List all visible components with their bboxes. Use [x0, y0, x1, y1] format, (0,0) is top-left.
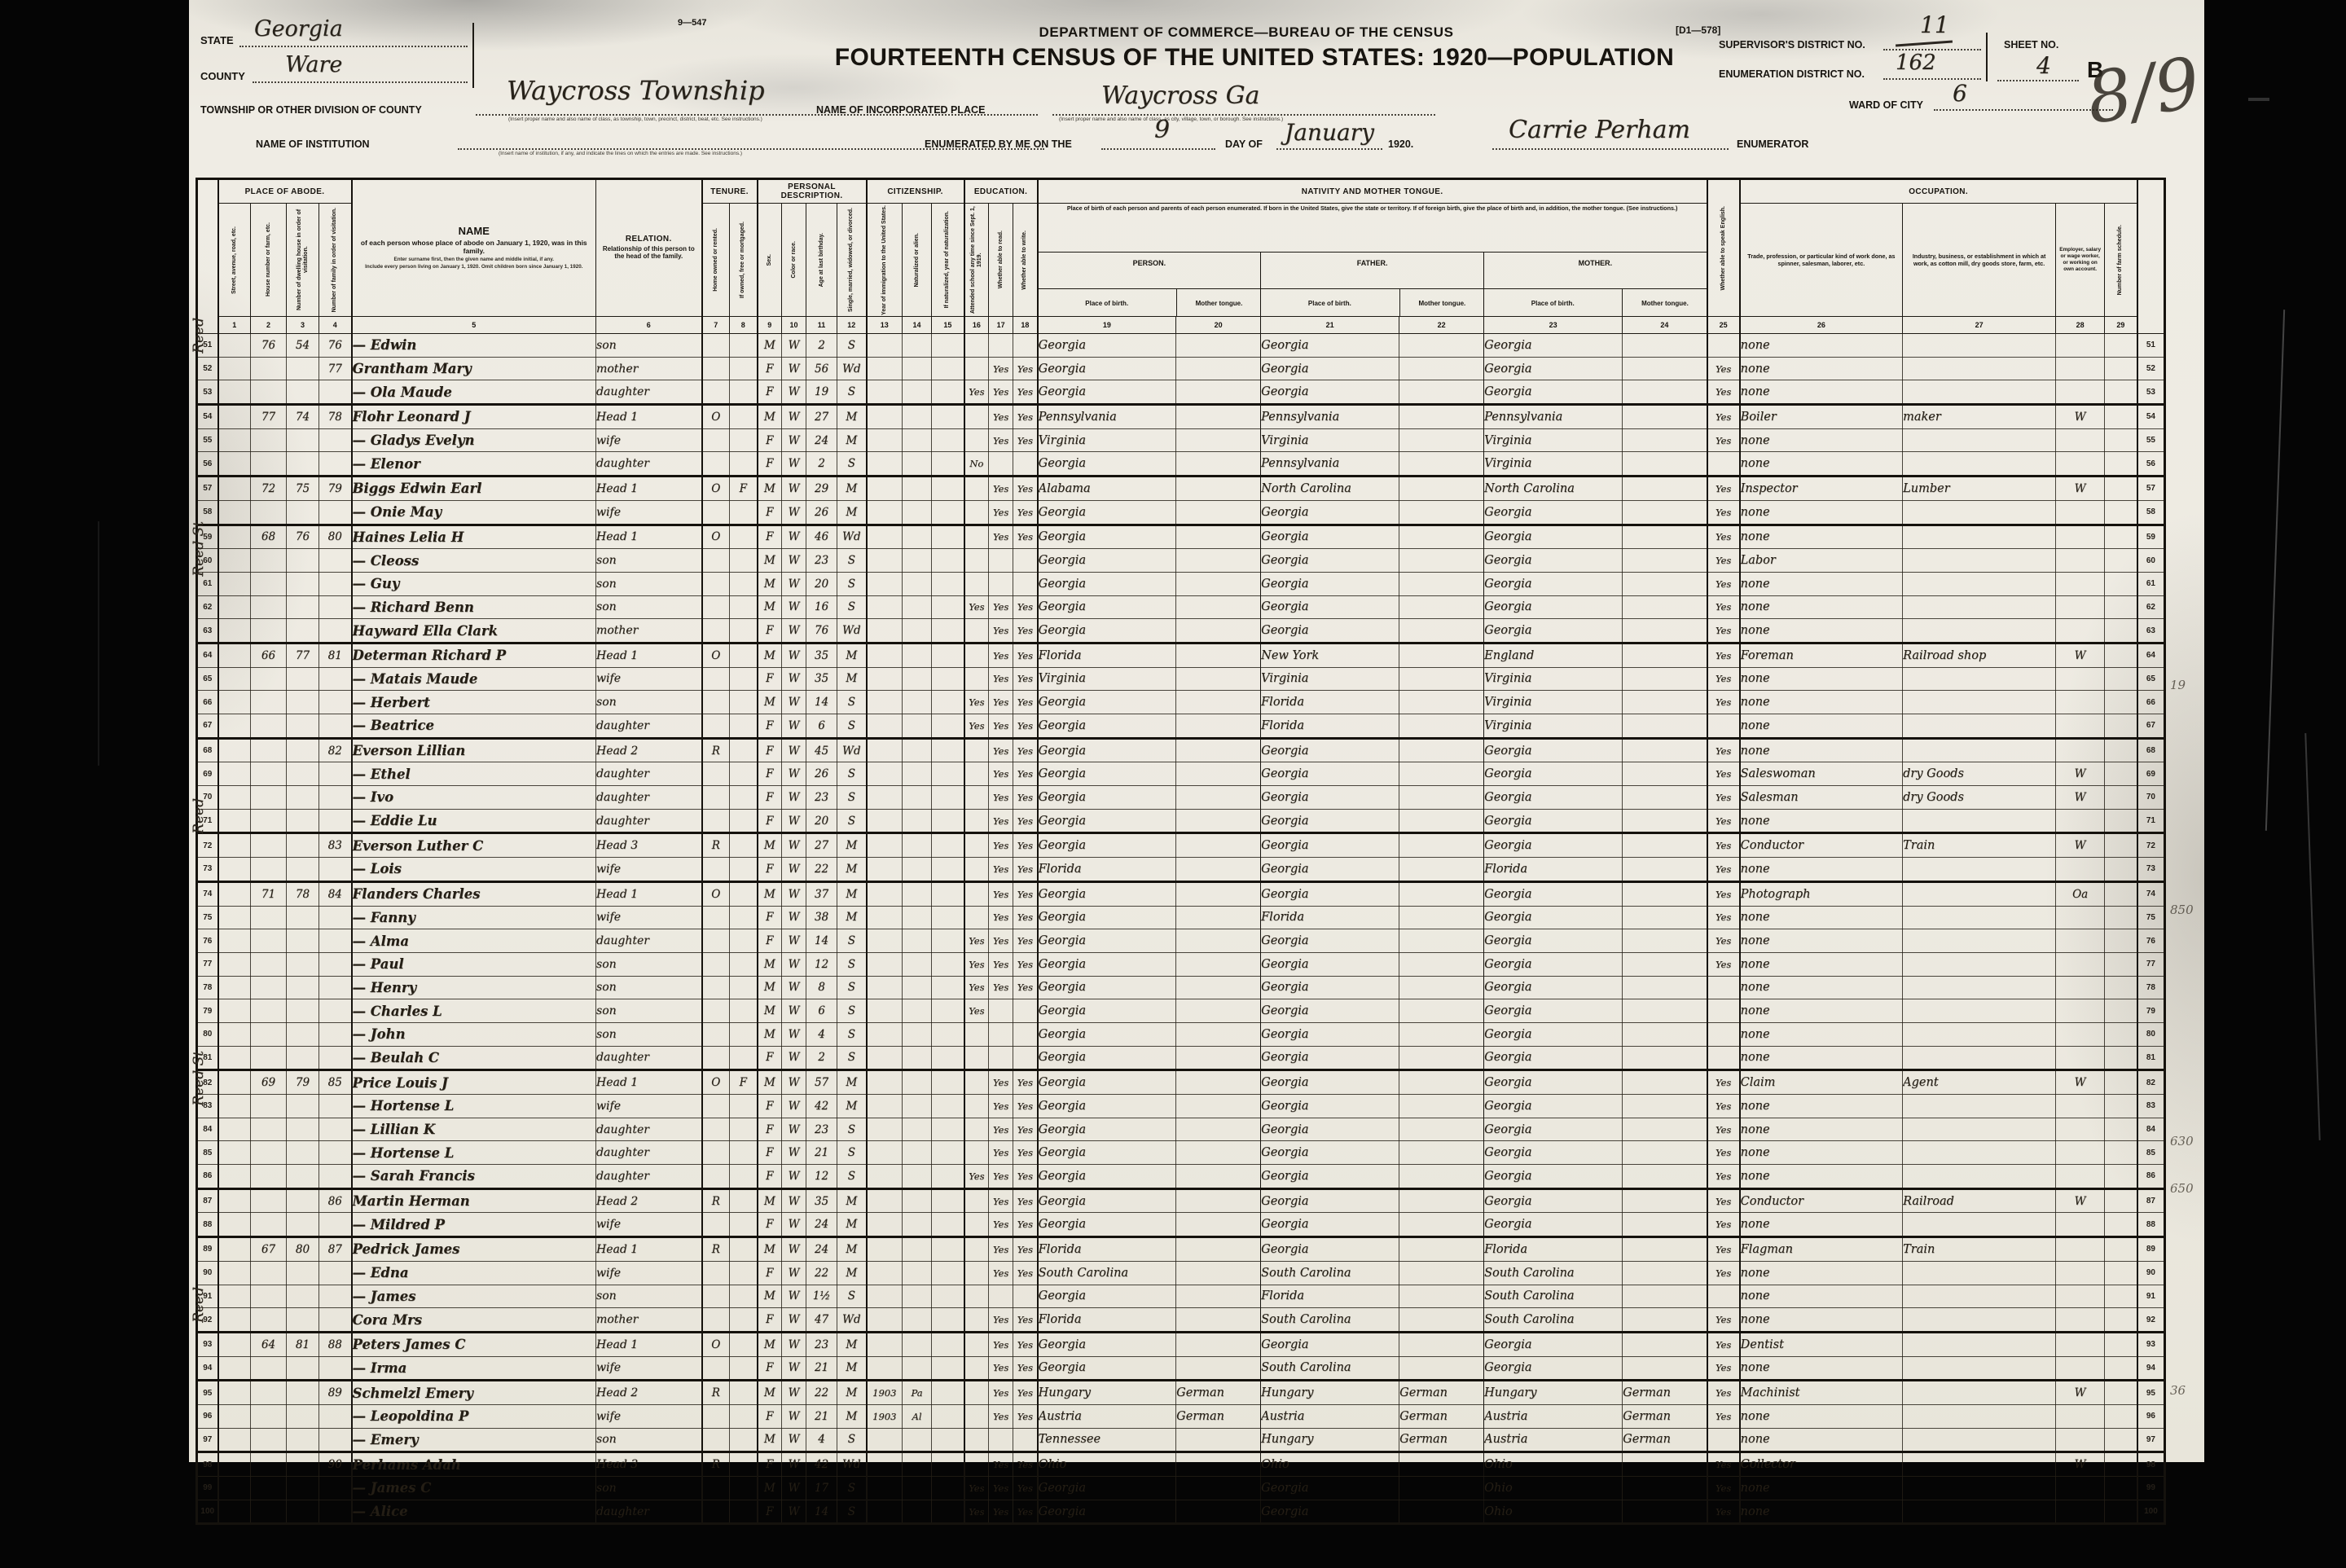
cell-sx: F: [758, 1213, 782, 1237]
table-row: 57727579Biggs Edwin EarlHead 1OFMW29MYes…: [197, 477, 2165, 501]
cell-d: [287, 572, 319, 595]
cell-en: Yes: [1707, 643, 1740, 667]
cell-n2: 71: [2137, 809, 2165, 833]
cell-sx: F: [758, 786, 782, 810]
cell-f: [319, 858, 352, 882]
cell-h: 68: [251, 525, 287, 549]
cell-rd: Yes: [989, 906, 1013, 929]
cell-ind: [1903, 1141, 2056, 1165]
father-tongue: Mother tongue.: [1400, 289, 1484, 317]
cell-mb: Georgia: [1484, 762, 1623, 786]
cell-mmt: [1623, 1118, 1707, 1141]
cell-im: [867, 595, 903, 619]
column-number-27: 27: [1903, 317, 2056, 334]
cell-fa: [2105, 1428, 2137, 1452]
cell-cl: W: [782, 643, 806, 667]
cell-sc: Yes: [964, 1477, 989, 1500]
cell-st: [218, 1022, 251, 1046]
cell-f: [319, 1308, 352, 1333]
cell-fa: [2105, 858, 2137, 882]
cell-mt: [1176, 1046, 1261, 1070]
cell-ag: 8: [806, 976, 837, 999]
cell-sx: M: [758, 1477, 782, 1500]
cell-h: [251, 929, 287, 953]
cell-n: 65: [197, 667, 218, 691]
cell-em: [2056, 929, 2105, 953]
cell-sc: [964, 1188, 989, 1213]
cell-h: 72: [251, 477, 287, 501]
name-note2: Include every person living on January 1…: [358, 264, 591, 270]
cell-rd: [989, 1046, 1013, 1070]
cell-em: [2056, 1095, 2105, 1118]
film-streak: [98, 521, 99, 766]
cell-mb: Georgia: [1484, 1188, 1623, 1213]
cell-ind: maker: [1903, 405, 2056, 429]
cell-em: [2056, 667, 2105, 691]
cell-im: [867, 549, 903, 573]
cell-fmt: [1399, 525, 1484, 549]
cell-wr: Yes: [1013, 380, 1038, 405]
cell-sx: M: [758, 691, 782, 714]
cell-st: [218, 643, 251, 667]
table-row: 97— EmerysonMW4STennesseeHungaryGermanAu…: [197, 1428, 2165, 1452]
cell-ag: 17: [806, 1477, 837, 1500]
cell-mt: [1176, 999, 1261, 1023]
cell-ag: 4: [806, 1022, 837, 1046]
cell-fa: [2105, 357, 2137, 380]
group-nativity: NATIVITY AND MOTHER TONGUE.: [1038, 179, 1707, 204]
cell-mt: [1176, 334, 1261, 358]
cell-pb: Florida: [1038, 858, 1176, 882]
cell-rd: Yes: [989, 881, 1013, 906]
name-desc: of each person whose place of abode on J…: [359, 239, 590, 255]
cell-ny: [932, 1095, 964, 1118]
cell-fb: Georgia: [1261, 1070, 1399, 1095]
cell-cl: W: [782, 906, 806, 929]
cell-oc: none: [1740, 999, 1903, 1023]
cell-sc: Yes: [964, 1165, 989, 1189]
cell-n: 57: [197, 477, 218, 501]
cell-fb: Georgia: [1261, 357, 1399, 380]
cell-cl: W: [782, 428, 806, 452]
cell-ms: Wd: [837, 1308, 867, 1333]
cell-na: [903, 952, 932, 976]
cell-fa: [2105, 1381, 2137, 1405]
cell-ag: 21: [806, 1356, 837, 1381]
cell-na: [903, 1141, 932, 1165]
cell-n2: 92: [2137, 1308, 2165, 1333]
cell-n: 63: [197, 619, 218, 643]
cell-en: Yes: [1707, 1477, 1740, 1500]
cell-em: W: [2056, 786, 2105, 810]
cell-sc: [964, 1332, 989, 1356]
cell-oc: none: [1740, 1500, 1903, 1524]
cell-sx: F: [758, 1452, 782, 1477]
cell-fb: Georgia: [1261, 1118, 1399, 1141]
cell-n: 97: [197, 1428, 218, 1452]
cell-h: [251, 786, 287, 810]
cell-ms: S: [837, 1046, 867, 1070]
cell-st: [218, 1356, 251, 1381]
cell-ind: [1903, 999, 2056, 1023]
cell-fb: New York: [1261, 643, 1399, 667]
cell-mmt: [1623, 549, 1707, 573]
cell-cl: W: [782, 525, 806, 549]
cell-na: [903, 452, 932, 477]
column-number-28: 28: [2056, 317, 2105, 334]
cell-mb: Georgia: [1484, 999, 1623, 1023]
table-row: 92Cora MrsmotherFW47WdYesYesFloridaSouth…: [197, 1308, 2165, 1333]
cell-ten: [702, 976, 730, 999]
cell-ten: [702, 786, 730, 810]
cell-st: [218, 405, 251, 429]
cell-mmt: [1623, 1141, 1707, 1165]
cell-en: Yes: [1707, 525, 1740, 549]
table-row: 85— Hortense LdaughterFW21SYesYesGeorgia…: [197, 1141, 2165, 1165]
cell-wr: Yes: [1013, 643, 1038, 667]
cell-sx: F: [758, 667, 782, 691]
cell-im: [867, 667, 903, 691]
cell-name: — Beatrice: [352, 714, 596, 739]
cell-en: Yes: [1707, 619, 1740, 643]
cell-mt: [1176, 1095, 1261, 1118]
cell-ny: [932, 1428, 964, 1452]
cell-n2: 70: [2137, 786, 2165, 810]
cell-mt: [1176, 1356, 1261, 1381]
father-pob: Place of birth.: [1261, 289, 1400, 317]
cell-im: [867, 525, 903, 549]
cell-st: [218, 1477, 251, 1500]
cell-mb: Georgia: [1484, 619, 1623, 643]
cell-n2: 66: [2137, 691, 2165, 714]
form-code: 9—547: [678, 18, 706, 28]
institution-label: NAME OF INSTITUTION: [256, 138, 370, 150]
cell-n2: 96: [2137, 1404, 2165, 1428]
cell-ag: 42: [806, 1095, 837, 1118]
cell-rel: son: [596, 549, 702, 573]
cell-st: [218, 1070, 251, 1095]
cell-mor: [730, 929, 758, 953]
cell-mor: [730, 525, 758, 549]
cell-im: [867, 1165, 903, 1189]
cell-rd: [989, 334, 1013, 358]
cell-fmt: [1399, 762, 1484, 786]
name-note1: Enter surname first, then the given name…: [358, 257, 591, 262]
cell-mmt: [1623, 477, 1707, 501]
cell-rd: Yes: [989, 952, 1013, 976]
cell-wr: Yes: [1013, 786, 1038, 810]
cell-d: 76: [287, 525, 319, 549]
cell-fmt: [1399, 643, 1484, 667]
cell-mt: [1176, 1261, 1261, 1285]
cell-ms: M: [837, 1070, 867, 1095]
cell-mmt: [1623, 572, 1707, 595]
cell-d: 77: [287, 643, 319, 667]
cell-fa: [2105, 1452, 2137, 1477]
col-age: Age at last birthday.: [806, 204, 837, 317]
cell-cl: W: [782, 1118, 806, 1141]
cell-mor: [730, 667, 758, 691]
cell-ind: [1903, 1452, 2056, 1477]
cell-sx: F: [758, 1261, 782, 1285]
cell-mt: [1176, 929, 1261, 953]
enumeration-label: ENUMERATION DISTRICT NO.: [1719, 68, 1865, 80]
cell-fmt: [1399, 595, 1484, 619]
cell-f: [319, 976, 352, 999]
cell-d: [287, 1452, 319, 1477]
cell-rel: Head 1: [596, 643, 702, 667]
cell-mb: Georgia: [1484, 1356, 1623, 1381]
cell-ind: [1903, 1213, 2056, 1237]
cell-sx: F: [758, 929, 782, 953]
cell-ind: [1903, 572, 2056, 595]
cell-pb: Georgia: [1038, 1118, 1176, 1141]
cell-d: [287, 1381, 319, 1405]
cell-pb: Georgia: [1038, 929, 1176, 953]
cell-fb: Georgia: [1261, 976, 1399, 999]
nativity-person: PERSON. Place of birth. Mother tongue.: [1038, 253, 1261, 317]
cell-rd: [989, 572, 1013, 595]
cell-n: 98: [197, 1452, 218, 1477]
township-label: TOWNSHIP OR OTHER DIVISION OF COUNTY: [200, 104, 422, 116]
cell-sx: F: [758, 1404, 782, 1428]
cell-cl: W: [782, 714, 806, 739]
cell-oc: Photograph: [1740, 881, 1903, 906]
film-streak: [2265, 310, 2285, 831]
cell-h: 67: [251, 1237, 287, 1262]
table-row: 94— IrmawifeFW21MYesYesGeorgiaSouth Caro…: [197, 1356, 2165, 1381]
cell-st: [218, 1261, 251, 1285]
cell-pb: Georgia: [1038, 549, 1176, 573]
cell-f: [319, 1500, 352, 1524]
cell-mb: Georgia: [1484, 572, 1623, 595]
cell-na: [903, 881, 932, 906]
cell-im: [867, 1356, 903, 1381]
cell-name: — Hortense L: [352, 1141, 596, 1165]
cell-mmt: [1623, 1046, 1707, 1070]
cell-ny: [932, 405, 964, 429]
cell-sc: [964, 1261, 989, 1285]
cell-f: 86: [319, 1188, 352, 1213]
cell-rd: Yes: [989, 525, 1013, 549]
column-number-1: 1: [218, 317, 251, 334]
cell-mor: [730, 572, 758, 595]
cell-en: Yes: [1707, 1095, 1740, 1118]
cell-fmt: [1399, 1070, 1484, 1095]
cell-mmt: [1623, 667, 1707, 691]
cell-fmt: [1399, 477, 1484, 501]
cell-wr: Yes: [1013, 738, 1038, 762]
column-number-4: 4: [319, 317, 352, 334]
cell-fa: [2105, 380, 2137, 405]
cell-ms: S: [837, 714, 867, 739]
cell-ten: [702, 1022, 730, 1046]
cell-h: [251, 952, 287, 976]
cell-im: [867, 572, 903, 595]
cell-ag: 20: [806, 809, 837, 833]
cell-fa: [2105, 1118, 2137, 1141]
cell-fmt: [1399, 1022, 1484, 1046]
cell-na: [903, 906, 932, 929]
cell-wr: [1013, 1285, 1038, 1308]
cell-em: W: [2056, 1188, 2105, 1213]
cell-fb: Georgia: [1261, 881, 1399, 906]
cell-ny: [932, 1285, 964, 1308]
cell-fb: Pennsylvania: [1261, 452, 1399, 477]
cell-d: [287, 667, 319, 691]
cell-rd: Yes: [989, 1070, 1013, 1095]
cell-em: [2056, 357, 2105, 380]
cell-ag: 6: [806, 999, 837, 1023]
cell-rd: Yes: [989, 477, 1013, 501]
cell-ind: [1903, 1118, 2056, 1141]
cell-mor: [730, 380, 758, 405]
cell-name: — Eddie Lu: [352, 809, 596, 833]
cell-oc: none: [1740, 667, 1903, 691]
cell-rel: Head 2: [596, 1188, 702, 1213]
cell-sx: M: [758, 1285, 782, 1308]
cell-pb: Georgia: [1038, 786, 1176, 810]
column-number-23: 23: [1484, 317, 1623, 334]
cell-rd: Yes: [989, 1141, 1013, 1165]
cell-f: 76: [319, 334, 352, 358]
cell-mb: Florida: [1484, 858, 1623, 882]
cell-name: Peters James C: [352, 1332, 596, 1356]
cell-n2: 76: [2137, 929, 2165, 953]
cell-na: [903, 572, 932, 595]
cell-cl: W: [782, 1261, 806, 1285]
cell-im: [867, 1477, 903, 1500]
cell-fb: Georgia: [1261, 549, 1399, 573]
cell-im: [867, 833, 903, 858]
cell-em: [2056, 809, 2105, 833]
cell-pb: Georgia: [1038, 906, 1176, 929]
cell-mor: [730, 952, 758, 976]
cell-d: [287, 714, 319, 739]
cell-ms: S: [837, 809, 867, 833]
cell-ny: [932, 1046, 964, 1070]
cell-mt: [1176, 1165, 1261, 1189]
cell-ny: [932, 1118, 964, 1141]
cell-sc: [964, 1046, 989, 1070]
cell-d: [287, 738, 319, 762]
cell-h: [251, 976, 287, 999]
cell-ten: O: [702, 881, 730, 906]
cell-na: [903, 1452, 932, 1477]
cell-ag: 23: [806, 1332, 837, 1356]
table-row: 8786Martin HermanHead 2RMW35MYesYesGeorg…: [197, 1188, 2165, 1213]
cell-mb: Georgia: [1484, 976, 1623, 999]
cell-rel: wife: [596, 1356, 702, 1381]
cell-rd: Yes: [989, 1404, 1013, 1428]
cell-mb: Austria: [1484, 1404, 1623, 1428]
cell-n: 76: [197, 929, 218, 953]
cell-mb: Georgia: [1484, 1095, 1623, 1118]
cell-ind: [1903, 858, 2056, 882]
cell-f: [319, 1404, 352, 1428]
street-name-margin-note: Reed: [191, 1287, 207, 1323]
cell-na: [903, 714, 932, 739]
cell-sc: Yes: [964, 976, 989, 999]
cell-h: [251, 1165, 287, 1189]
cell-ny: [932, 428, 964, 452]
cell-mt: German: [1176, 1404, 1261, 1428]
cell-fa: [2105, 1213, 2137, 1237]
cell-mt: [1176, 380, 1261, 405]
cell-em: W: [2056, 833, 2105, 858]
department-line: DEPARTMENT OF COMMERCE—BUREAU OF THE CEN…: [798, 24, 1694, 41]
cell-ag: 42: [806, 1452, 837, 1477]
census-scan-page: 9—547 DEPARTMENT OF COMMERCE—BUREAU OF T…: [0, 0, 2346, 1568]
cell-im: [867, 500, 903, 525]
cell-mmt: [1623, 906, 1707, 929]
table-row: 51765476— EdwinsonMW2SGeorgiaGeorgiaGeor…: [197, 334, 2165, 358]
cell-ind: [1903, 1285, 2056, 1308]
cell-name: — Leopoldina P: [352, 1404, 596, 1428]
cell-n2: 67: [2137, 714, 2165, 739]
cell-mor: [730, 1381, 758, 1405]
cell-mt: [1176, 667, 1261, 691]
cell-n: 72: [197, 833, 218, 858]
cell-pb: Virginia: [1038, 667, 1176, 691]
cell-oc: Saleswoman: [1740, 762, 1903, 786]
cell-sc: [964, 738, 989, 762]
cell-im: [867, 881, 903, 906]
cell-rel: son: [596, 999, 702, 1023]
cell-ag: 29: [806, 477, 837, 501]
cell-h: [251, 1261, 287, 1285]
cell-mt: [1176, 595, 1261, 619]
cell-name: — Alice: [352, 1500, 596, 1524]
cell-n: 93: [197, 1332, 218, 1356]
cell-em: [2056, 1428, 2105, 1452]
cell-en: [1707, 334, 1740, 358]
cell-h: [251, 1285, 287, 1308]
column-numbers-row: 1234567891011121314151617181920212223242…: [197, 317, 2165, 334]
cell-pb: Georgia: [1038, 691, 1176, 714]
cell-ny: [932, 999, 964, 1023]
cell-mt: [1176, 762, 1261, 786]
table-row: 63Hayward Ella ClarkmotherFW76WdYesYesGe…: [197, 619, 2165, 643]
header-divider: [472, 23, 474, 88]
cell-fmt: [1399, 691, 1484, 714]
cell-d: [287, 976, 319, 999]
cell-ny: [932, 881, 964, 906]
cell-rd: Yes: [989, 1356, 1013, 1381]
enumerator-value: Carrie Perham: [1509, 116, 1690, 144]
cell-ten: [702, 809, 730, 833]
cell-mmt: [1623, 1308, 1707, 1333]
cell-mb: Georgia: [1484, 549, 1623, 573]
cell-em: [2056, 1237, 2105, 1262]
cell-ind: [1903, 714, 2056, 739]
cell-en: [1707, 1285, 1740, 1308]
cell-st: [218, 952, 251, 976]
cell-sc: Yes: [964, 595, 989, 619]
cell-rel: mother: [596, 357, 702, 380]
cell-rd: Yes: [989, 1165, 1013, 1189]
cell-mt: [1176, 572, 1261, 595]
cell-name: Schmelzl Emery: [352, 1381, 596, 1405]
enumeration-value: 162: [1896, 51, 1936, 75]
cell-pb: Georgia: [1038, 1213, 1176, 1237]
cell-pb: Virginia: [1038, 428, 1176, 452]
cell-h: [251, 1404, 287, 1428]
cell-name: — James: [352, 1285, 596, 1308]
cell-ind: [1903, 452, 2056, 477]
cell-ny: [932, 380, 964, 405]
cell-sx: F: [758, 1046, 782, 1070]
